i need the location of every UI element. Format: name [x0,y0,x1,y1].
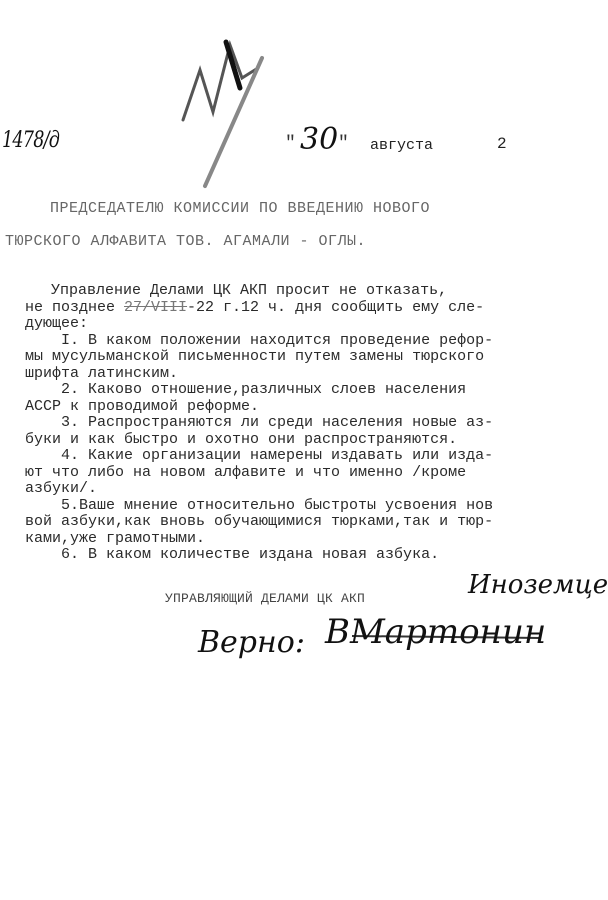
signature: Иноземцев. [468,570,608,600]
addressee-line-1: ПРЕДСЕДАТЕЛЮ КОМИССИИ ПО ВВЕДЕНИЮ НОВОГО [50,200,430,217]
certification-signature: ВМартонин [325,612,546,652]
body-line: 5.Ваше мнение относительно быстроты усво… [25,498,493,515]
certification-label: Верно: [198,625,305,660]
body-line: АССР к проводимой реформе. [25,399,493,416]
body-line: дующее: [25,316,493,333]
body-line: мы мусульманской письменности путем заме… [25,349,493,366]
body-line: 3. Распространяются ли среди населения н… [25,415,493,432]
body-line: буки и как быстро и охотно они распростр… [25,432,493,449]
body-line: азбуки/. [25,481,493,498]
letter-body: Управление Делами ЦК АКП просит не отказ… [25,283,493,564]
reference-number: 1478/д [2,128,59,153]
body-line: ют что либо на новом алфавите и что имен… [25,465,493,482]
struck-date: 27/VIII [124,299,187,316]
signatory-title: УПРАВЛЯЮЩИЙ ДЕЛАМИ ЦК АКП [165,591,365,606]
date-year: 2 [497,135,507,153]
body-line: 2. Каково отношение,различных слоев насе… [25,382,493,399]
body-line: 4. Какие организации намерены издавать и… [25,448,493,465]
body-line: I. В каком положении находится проведени… [25,333,493,350]
body-line: вой азбуки,как вновь обучающимися тюркам… [25,514,493,531]
body-line: Управление Делами ЦК АКП просит не отказ… [15,283,493,300]
addressee-line-2: ТЮРСКОГО АЛФАВИТА ТОВ. АГАМАЛИ - ОГЛЫ. [5,233,366,250]
body-line: не позднее 27/VIII-22 г.12 ч. дня сообщи… [25,300,493,317]
body-line: шрифта латинским. [25,366,493,383]
body-line: 6. В каком количестве издана новая азбук… [25,547,493,564]
close-quote: " [338,134,349,154]
date-day: 30 [300,122,338,157]
open-quote: " [285,134,296,154]
date-month: августа [370,137,433,154]
body-line: ками,уже грамотными. [25,531,493,548]
